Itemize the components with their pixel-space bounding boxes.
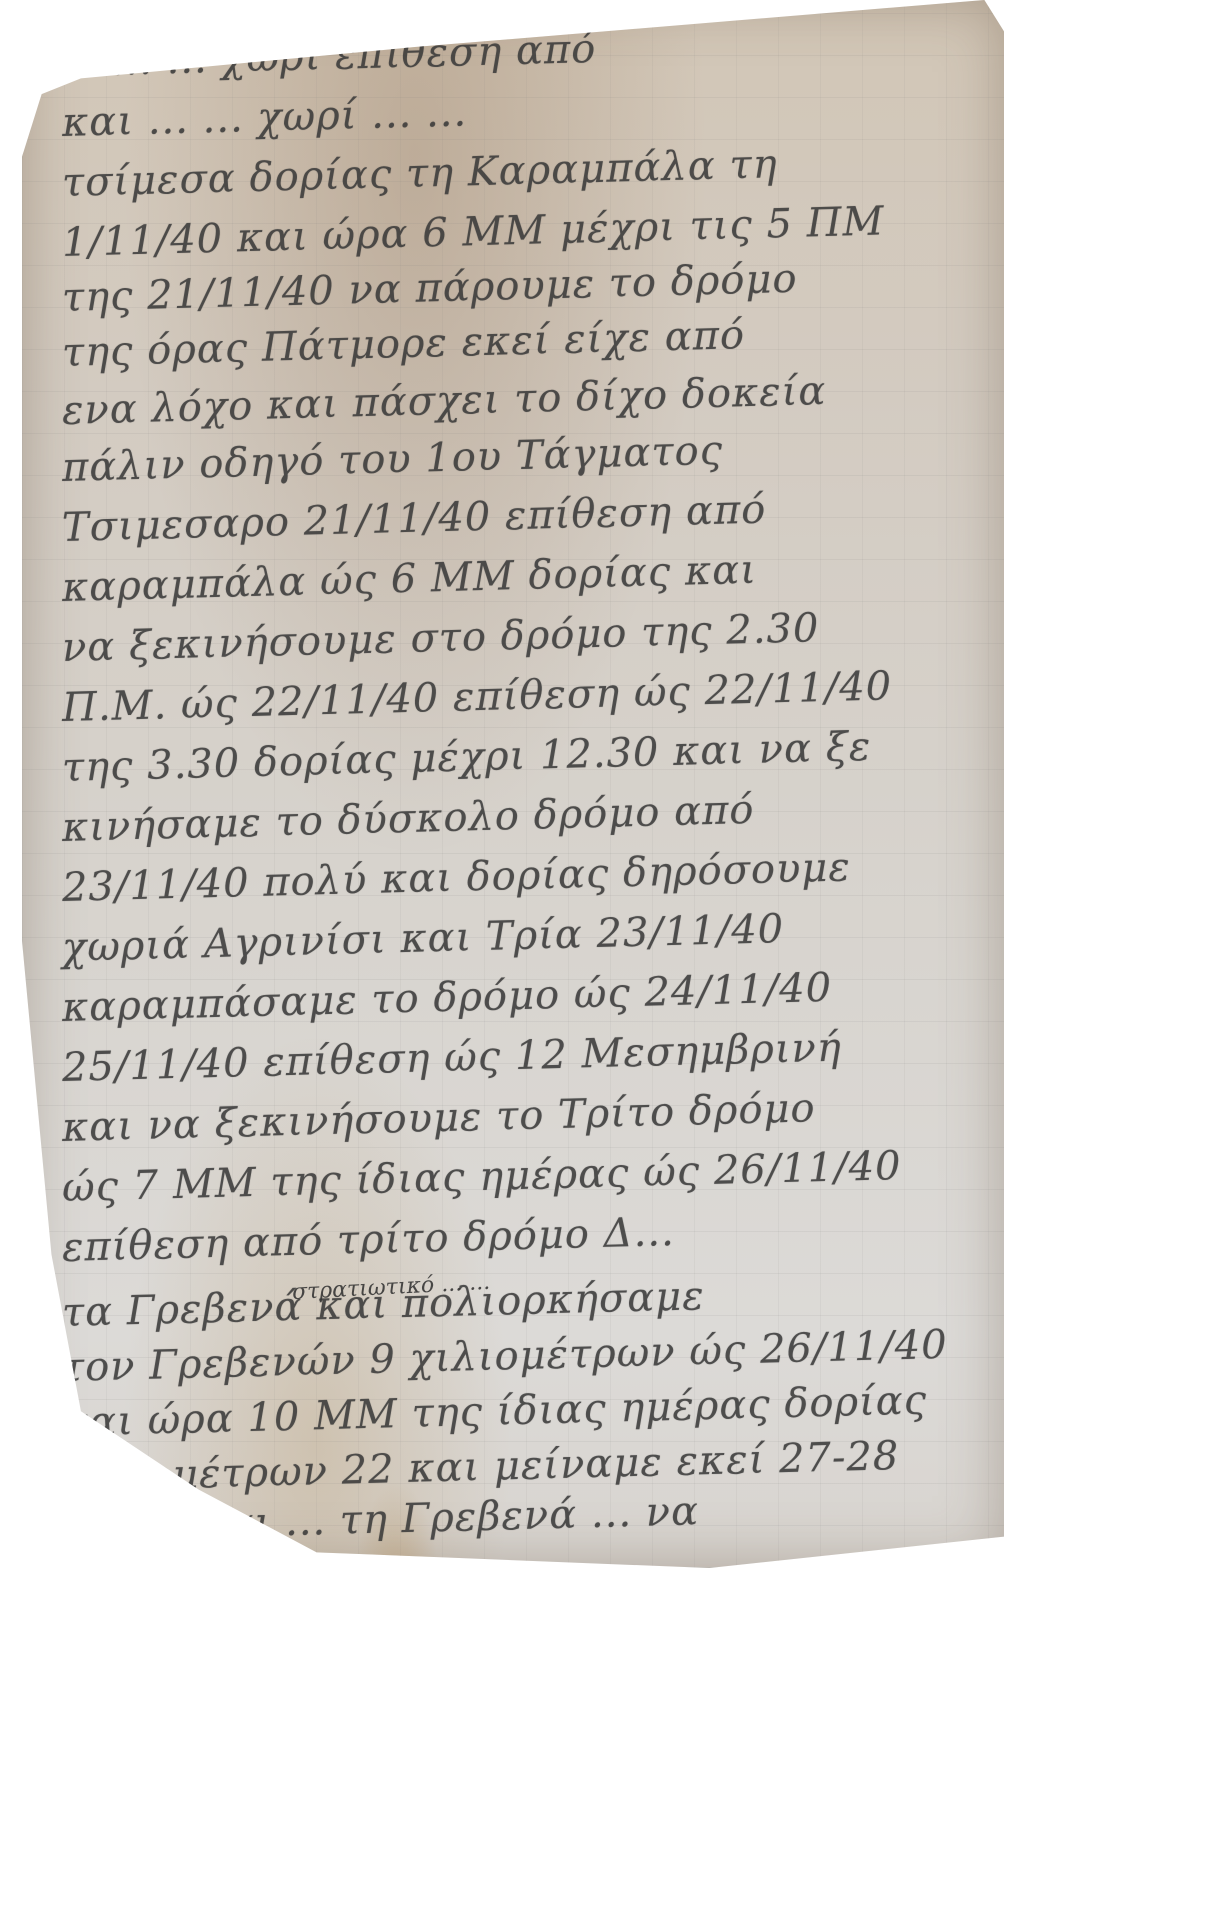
diary-page: Η ... ... χωρί επίθεση από και ... ... χ… bbox=[22, 0, 1004, 1568]
